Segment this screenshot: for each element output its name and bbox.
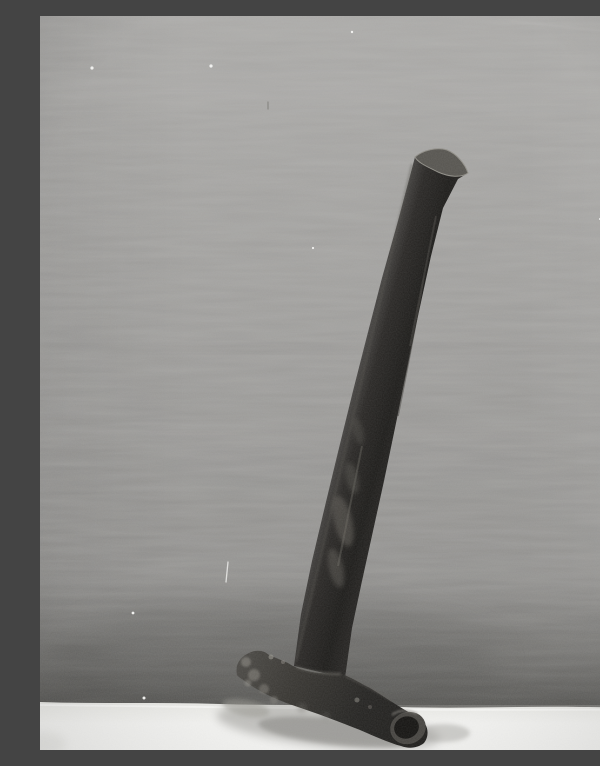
monochrome-photo-hammer — [40, 16, 600, 750]
vignette-overlay — [40, 16, 600, 750]
photo-canvas — [40, 16, 600, 750]
